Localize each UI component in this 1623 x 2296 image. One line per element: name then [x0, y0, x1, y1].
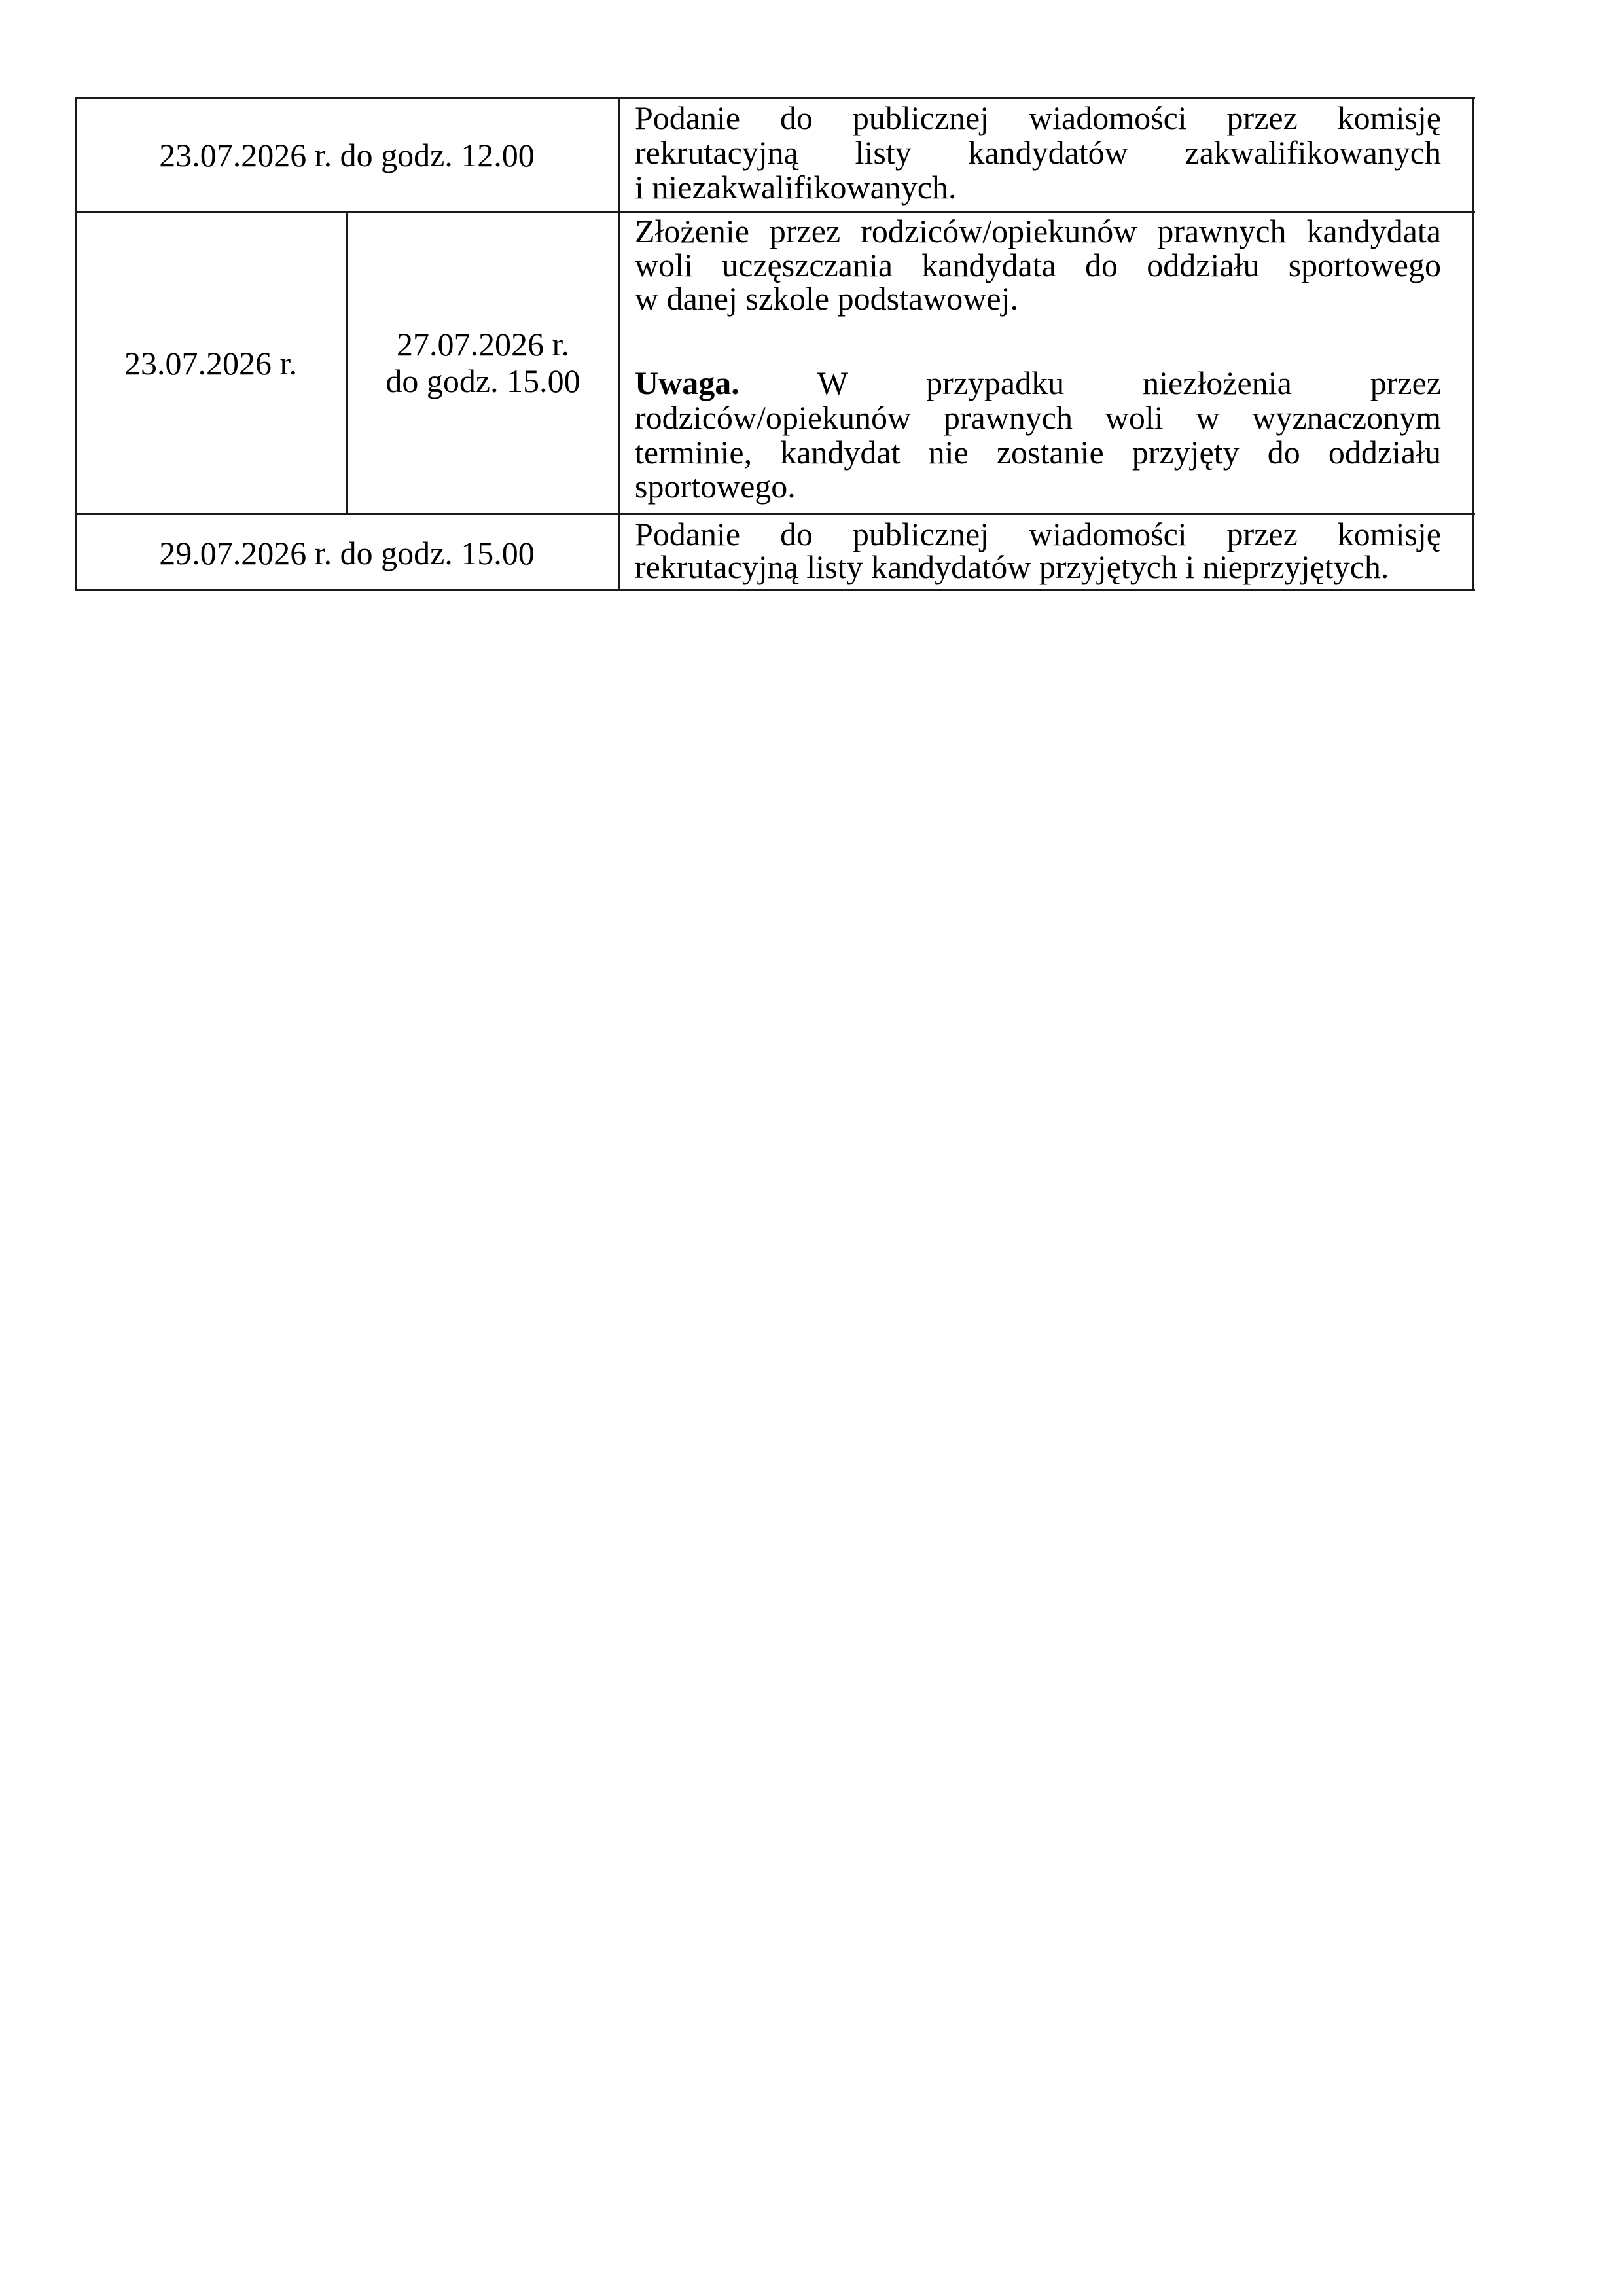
description-line: Podanie do publicznej wiadomości przez k…	[635, 517, 1441, 552]
note-line: terminie, kandydat nie zostanie przyjęty…	[635, 435, 1441, 470]
description-line: i niezakwalifikowanych.	[635, 170, 1441, 205]
row-divider-2	[75, 513, 1475, 515]
description-line: rekrutacyjną listy kandydatów przyjętych…	[635, 550, 1441, 584]
table-border-top	[75, 97, 1475, 99]
note-first-line: Uwaga. W przypadku niezłożenia przez	[635, 366, 1441, 401]
date-to-cell-line-1: 27.07.2026 r.	[347, 327, 619, 362]
note-line: sportowego.	[635, 469, 1441, 504]
date-from-cell: 23.07.2026 r.	[75, 346, 347, 381]
table-border-right	[1472, 97, 1474, 591]
note-label: Uwaga.	[635, 365, 740, 401]
date-cell: 29.07.2026 r. do godz. 15.00	[75, 536, 619, 571]
note-line: rodziców/opiekunów prawnych woli w wyzna…	[635, 401, 1441, 435]
date-to-cell-line-2: do godz. 15.00	[347, 364, 619, 399]
table-border-bottom	[75, 589, 1475, 591]
description-line: w danej szkole podstawowej.	[635, 281, 1441, 316]
note-text: W przypadku niezłożenia przez	[817, 365, 1441, 401]
document-page: 23.07.2026 r. do godz. 12.00 Podanie do …	[0, 0, 1623, 2296]
date-cell: 23.07.2026 r. do godz. 12.00	[75, 138, 619, 173]
description-line: woli uczęszczania kandydata do oddziału …	[635, 248, 1441, 283]
description-line: Podanie do publicznej wiadomości przez k…	[635, 101, 1441, 135]
description-line: rekrutacyjną listy kandydatów zakwalifik…	[635, 135, 1441, 170]
description-line: Złożenie przez rodziców/opiekunów prawny…	[635, 214, 1441, 249]
